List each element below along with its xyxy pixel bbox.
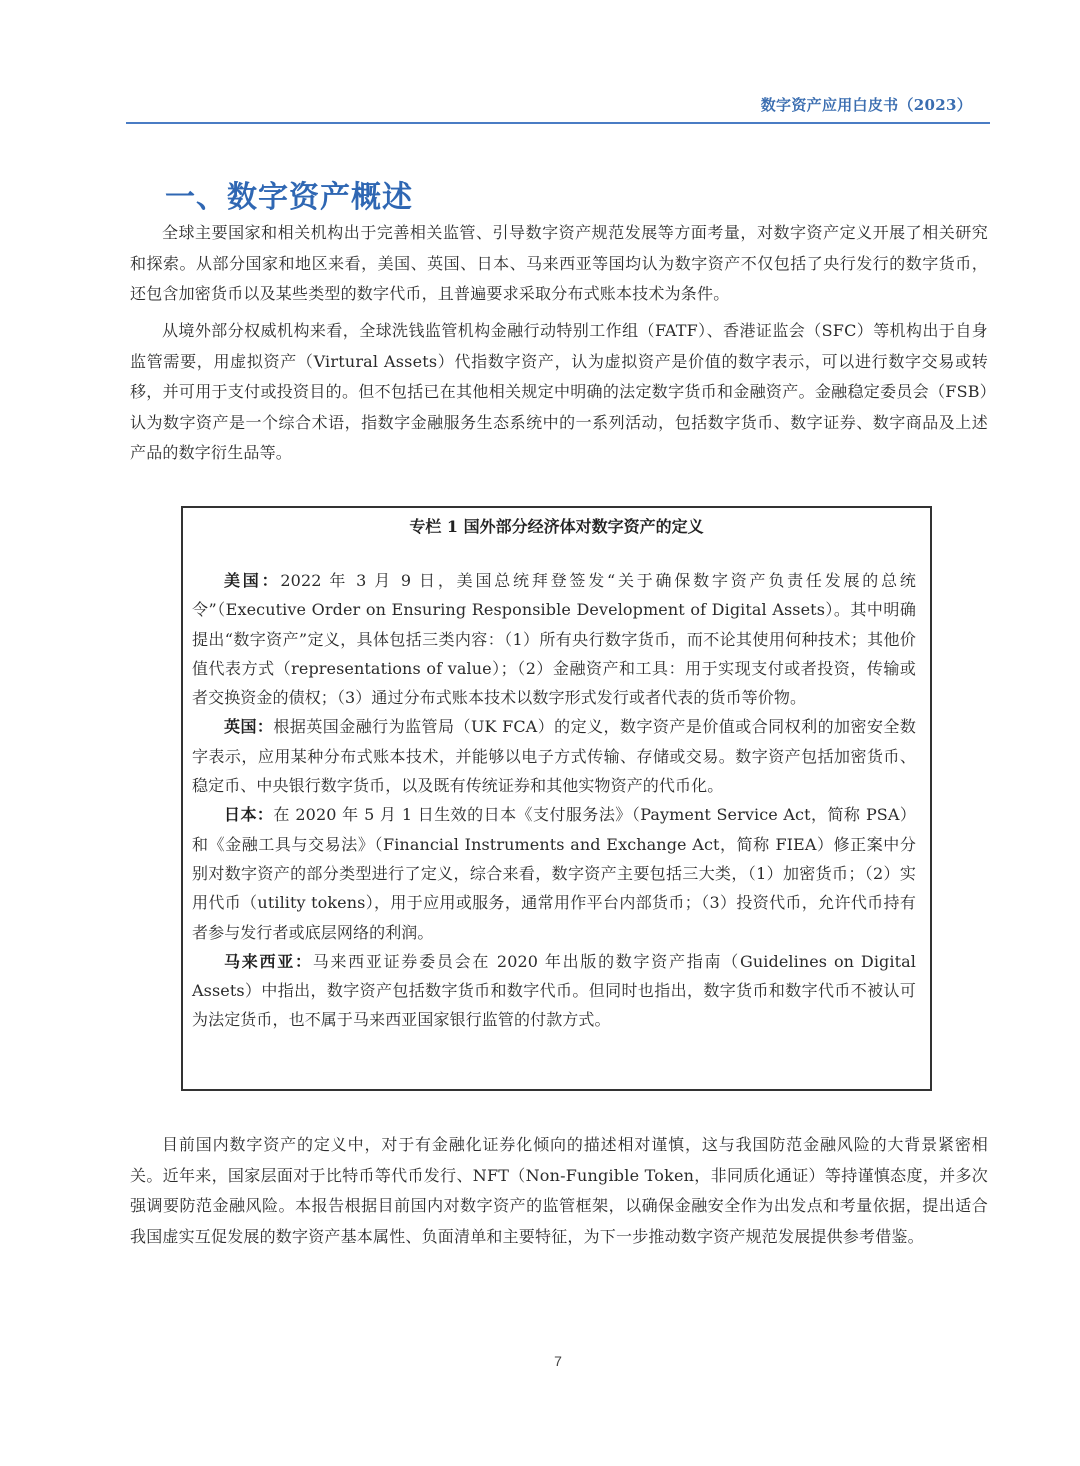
section-title: 一、数字资产概述 bbox=[165, 172, 413, 216]
box-entry-lead: 英国： bbox=[224, 717, 273, 736]
box-entry-lead: 日本： bbox=[224, 805, 273, 824]
box-entry-lead: 美国： bbox=[224, 571, 280, 590]
box-body: 美国：2022 年 3 月 9 日，美国总统拜登签发“关于确保数字资产负责任发展… bbox=[192, 566, 916, 1035]
box-entry-usa: 美国：2022 年 3 月 9 日，美国总统拜登签发“关于确保数字资产负责任发展… bbox=[192, 566, 916, 712]
running-header-title: 数字资产应用白皮书（2023） bbox=[761, 94, 972, 115]
sidebar-box-definitions: 专栏 1 国外部分经济体对数字资产的定义 美国：2022 年 3 月 9 日，美… bbox=[181, 506, 932, 1091]
box-entry-japan: 日本：在 2020 年 5 月 1 日生效的日本《支付服务法》（Payment … bbox=[192, 800, 916, 946]
header-rule-divider bbox=[126, 122, 990, 124]
box-entry-malaysia: 马来西亚：马来西亚证券委员会在 2020 年出版的数字资产指南（Guidelin… bbox=[192, 947, 916, 1035]
box-title: 专栏 1 国外部分经济体对数字资产的定义 bbox=[183, 514, 930, 537]
body-paragraph-2: 从境外部分权威机构来看，全球洗钱监管机构金融行动特别工作组（FATF）、香港证监… bbox=[130, 316, 988, 469]
box-entry-lead: 马来西亚： bbox=[224, 952, 313, 971]
body-paragraph-3: 目前国内数字资产的定义中，对于有金融化证券化倾向的描述相对谨慎，这与我国防范金融… bbox=[130, 1130, 988, 1252]
box-entry-text: 2022 年 3 月 9 日，美国总统拜登签发“关于确保数字资产负责任发展的总统… bbox=[192, 571, 916, 707]
box-entry-text: 在 2020 年 5 月 1 日生效的日本《支付服务法》（Payment Ser… bbox=[192, 805, 916, 941]
page-number: 7 bbox=[0, 1353, 1080, 1369]
body-paragraph-1: 全球主要国家和相关机构出于完善相关监管、引导数字资产规范发展等方面考量，对数字资… bbox=[130, 218, 988, 310]
box-entry-text: 根据英国金融行为监管局（UK FCA）的定义，数字资产是价值或合同权利的加密安全… bbox=[192, 717, 916, 795]
box-entry-uk: 英国：根据英国金融行为监管局（UK FCA）的定义，数字资产是价值或合同权利的加… bbox=[192, 712, 916, 800]
